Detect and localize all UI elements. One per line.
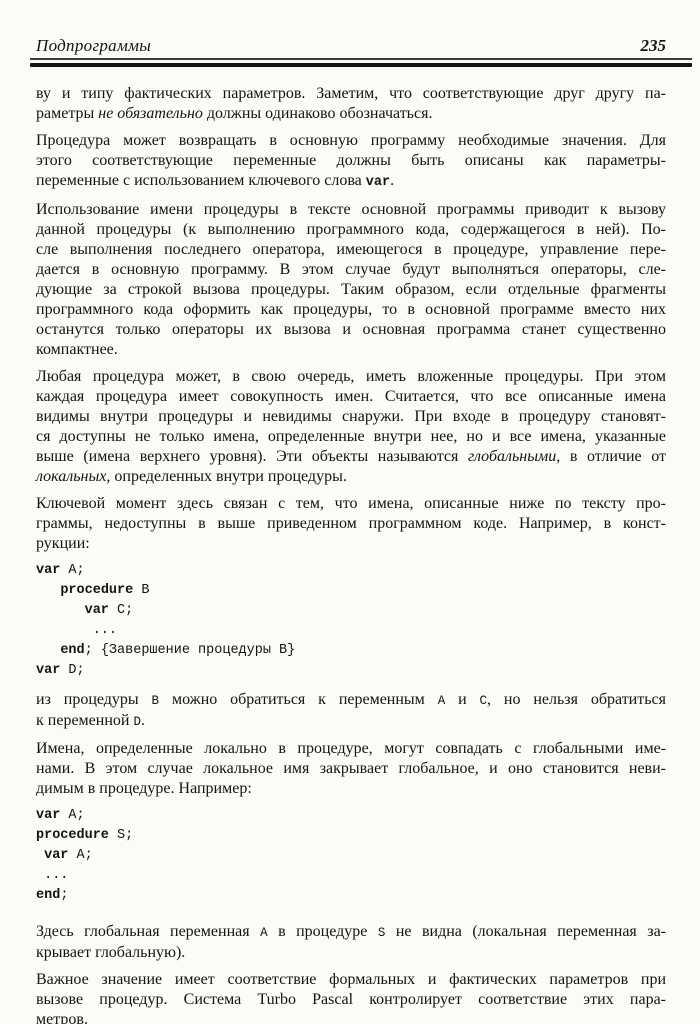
text-line: этого соответствующие переменные должны …	[36, 151, 666, 171]
text-segment: крывает глобальную).	[36, 944, 185, 961]
scanned-book-page: { "colors": { "paper": "#fbfbf8", "ink":…	[0, 0, 700, 1024]
text-segment: из процедуры	[36, 691, 152, 708]
code-line: procedure B	[36, 581, 666, 601]
text-segment: можно обратиться к переменным	[159, 691, 438, 708]
code-line: ...	[36, 866, 666, 886]
text-segment: останутся только операторы их вызова и о…	[36, 321, 666, 338]
text-segment: ся доступны не только имена, определенны…	[36, 428, 666, 445]
text-segment: Здесь глобальная переменная	[36, 923, 260, 940]
text-segment: D	[133, 715, 141, 729]
text-segment: , в отличие от	[556, 448, 666, 465]
code-line: var A;	[36, 806, 666, 826]
text-segment: ;	[60, 888, 68, 903]
page-header: Подпрограммы 235	[36, 0, 666, 67]
paragraph: Имена, определенные локально в процедуре…	[36, 739, 666, 799]
text-segment: A	[260, 926, 268, 940]
text-segment: этого соответствующие переменные должны …	[36, 152, 666, 169]
header-rule-thin-line	[30, 58, 692, 60]
text-segment: не видна (локальная переменная за-	[385, 923, 666, 940]
text-segment: B	[133, 583, 149, 598]
code-line: var A;	[36, 561, 666, 581]
text-line: сле выполнения последнего оператора, име…	[36, 240, 666, 260]
text-segment: var	[85, 603, 109, 618]
document-page: Подпрограммы 235 ву и типу фактических п…	[0, 0, 700, 1024]
text-segment: var	[36, 808, 60, 823]
paragraph: Процедура может возвращать в основную пр…	[36, 131, 666, 193]
paragraph: Ключевой момент здесь связан с тем, что …	[36, 494, 666, 554]
code-block: var A;procedure S; var A; ...end;	[36, 806, 666, 906]
text-line: крывает глобальную).	[36, 943, 666, 963]
paragraph: Любая процедура может, в свою очередь, и…	[36, 367, 666, 487]
paragraph: из процедуры B можно обратиться к переме…	[36, 690, 666, 732]
text-segment: Ключевой момент здесь связан с тем, что …	[36, 495, 666, 512]
text-segment: к переменной	[36, 712, 133, 729]
text-line: метров.	[36, 1010, 666, 1024]
text-segment: не обязательно	[98, 105, 203, 122]
paragraph: ву и типу фактических параметров. Замети…	[36, 84, 666, 124]
text-segment: глобальными	[468, 448, 556, 465]
text-segment	[36, 603, 85, 618]
text-segment: ву и типу фактических параметров. Замети…	[36, 85, 666, 102]
text-segment: в процедуре	[268, 923, 378, 940]
text-segment: видимы внутри процедуры и невидимы снару…	[36, 408, 666, 425]
text-segment: нами. В этом случае локальное имя закрыв…	[36, 760, 666, 777]
text-segment: D;	[60, 663, 84, 678]
text-line: вызове процедур. Система Turbo Pascal ко…	[36, 990, 666, 1010]
text-line: ву и типу фактических параметров. Замети…	[36, 84, 666, 104]
text-segment: var	[366, 175, 390, 190]
text-segment: var	[36, 663, 60, 678]
page-number: 235	[641, 36, 667, 56]
text-line: ся доступны не только имена, определенны…	[36, 427, 666, 447]
text-segment: вызове процедур. Система Turbo Pascal ко…	[36, 991, 666, 1008]
text-segment: procedure	[60, 583, 133, 598]
text-line: дается в основную программу. В этом случ…	[36, 260, 666, 280]
text-segment: A;	[60, 563, 84, 578]
text-line: программного кода оформить как процедуры…	[36, 300, 666, 320]
paragraph: Здесь глобальная переменная A в процедур…	[36, 922, 666, 963]
text-line: димым в процедуре. Например:	[36, 779, 666, 799]
text-line: выше (имена верхнего уровня). Эти объект…	[36, 447, 666, 467]
text-segment: Важное значение имеет соответствие форма…	[36, 971, 666, 988]
text-segment: дующие за строкой вызова процедуры. Таки…	[36, 281, 666, 298]
text-segment: var	[44, 848, 68, 863]
text-segment: , но нельзя обратиться	[487, 691, 666, 708]
text-segment: end	[60, 643, 84, 658]
text-segment: var	[36, 563, 60, 578]
text-line: Здесь глобальная переменная A в процедур…	[36, 922, 666, 943]
text-segment: компактнее.	[36, 341, 118, 358]
text-segment: B	[152, 694, 160, 708]
code-line: end;	[36, 886, 666, 906]
text-segment: ...	[36, 623, 117, 638]
text-segment: сле выполнения последнего оператора, име…	[36, 241, 666, 258]
text-segment: Имена, определенные локально в процедуре…	[36, 740, 666, 757]
text-segment: дается в основную программу. В этом случ…	[36, 261, 666, 278]
text-segment	[36, 643, 60, 658]
text-line: граммы, недоступны в выше приведенном пр…	[36, 514, 666, 534]
text-segment: procedure	[36, 828, 109, 843]
text-line: Процедура может возвращать в основную пр…	[36, 131, 666, 151]
code-line: end; {Завершение процедуры B}	[36, 641, 666, 661]
text-segment	[36, 848, 44, 863]
text-segment	[36, 583, 60, 598]
text-line: дующие за строкой вызова процедуры. Таки…	[36, 280, 666, 300]
header-rule	[30, 58, 692, 67]
code-line: var A;	[36, 846, 666, 866]
text-segment: должны одинаково обозначаться.	[203, 105, 433, 122]
text-line: видимы внутри процедуры и невидимы снару…	[36, 407, 666, 427]
text-segment: димым в процедуре. Например:	[36, 780, 252, 797]
text-segment: A;	[68, 848, 92, 863]
paragraph: Важное значение имеет соответствие форма…	[36, 970, 666, 1024]
text-line: Ключевой момент здесь связан с тем, что …	[36, 494, 666, 514]
text-line: Любая процедура может, в свою очередь, и…	[36, 367, 666, 387]
text-segment: Процедура может возвращать в основную пр…	[36, 132, 666, 149]
text-line: каждая процедура имеет совокупность имен…	[36, 387, 666, 407]
page-body: ву и типу фактических параметров. Замети…	[36, 67, 666, 1024]
paragraph: Использование имени процедуры в тексте о…	[36, 200, 666, 360]
text-line: Использование имени процедуры в тексте о…	[36, 200, 666, 220]
text-line: данной процедуры (к выполнению программн…	[36, 220, 666, 240]
text-line: к переменной D.	[36, 711, 666, 732]
text-segment: граммы, недоступны в выше приведенном пр…	[36, 515, 666, 532]
text-line: из процедуры B можно обратиться к переме…	[36, 690, 666, 711]
text-segment: выше (имена верхнего уровня). Эти объект…	[36, 448, 468, 465]
text-line: рукции:	[36, 534, 666, 554]
text-segment: метров.	[36, 1011, 88, 1024]
text-segment: переменные с использованием ключевого сл…	[36, 172, 366, 189]
text-segment: каждая процедура имеет совокупность имен…	[36, 388, 666, 405]
text-line: раметры не обязательно должны одинаково …	[36, 104, 666, 124]
text-segment: C;	[109, 603, 133, 618]
text-line: переменные с использованием ключевого сл…	[36, 171, 666, 193]
text-segment: , определенных внутри процедуры.	[106, 468, 346, 485]
text-line: нами. В этом случае локальное имя закрыв…	[36, 759, 666, 779]
text-segment: локальных	[36, 468, 106, 485]
text-segment: раметры	[36, 105, 98, 122]
text-segment: ...	[36, 868, 68, 883]
text-segment: end	[36, 888, 60, 903]
text-segment: S;	[109, 828, 133, 843]
code-block: var A; procedure B var C; ... end; {Заве…	[36, 561, 666, 681]
chapter-title: Подпрограммы	[36, 36, 151, 56]
text-line: Имена, определенные локально в процедуре…	[36, 739, 666, 759]
text-segment: данной процедуры (к выполнению программн…	[36, 221, 666, 238]
code-line: var C;	[36, 601, 666, 621]
text-line: Важное значение имеет соответствие форма…	[36, 970, 666, 990]
text-segment: .	[141, 712, 145, 729]
text-segment: .	[390, 172, 394, 189]
text-segment: и	[445, 691, 479, 708]
text-line: останутся только операторы их вызова и о…	[36, 320, 666, 340]
running-head: Подпрограммы 235	[36, 36, 666, 56]
text-line: локальных, определенных внутри процедуры…	[36, 467, 666, 487]
text-segment: Использование имени процедуры в тексте о…	[36, 201, 666, 218]
text-segment: C	[480, 694, 488, 708]
code-line: var D;	[36, 661, 666, 681]
text-line: компактнее.	[36, 340, 666, 360]
text-segment: Любая процедура может, в свою очередь, и…	[36, 368, 666, 385]
text-segment: A;	[60, 808, 84, 823]
text-segment: ; {Завершение процедуры B}	[85, 643, 296, 658]
text-segment: программного кода оформить как процедуры…	[36, 301, 666, 318]
code-line: procedure S;	[36, 826, 666, 846]
text-segment: рукции:	[36, 535, 90, 552]
code-line: ...	[36, 621, 666, 641]
